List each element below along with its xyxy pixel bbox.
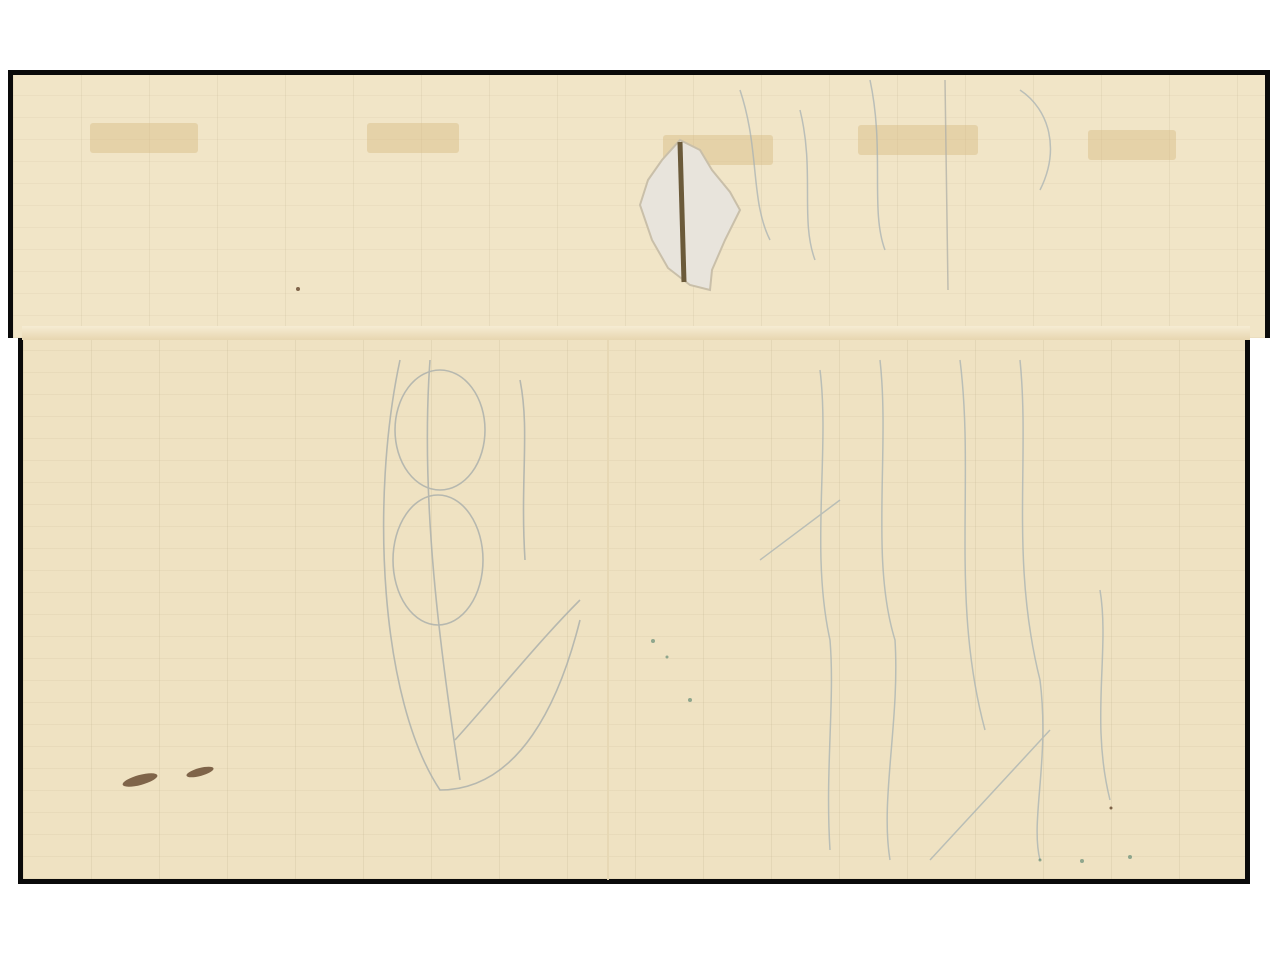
letter-photo <box>0 0 1276 956</box>
pencil-script-overlay <box>0 0 1276 956</box>
torn-seal-hole <box>640 140 740 290</box>
ink-spots <box>121 287 1112 810</box>
